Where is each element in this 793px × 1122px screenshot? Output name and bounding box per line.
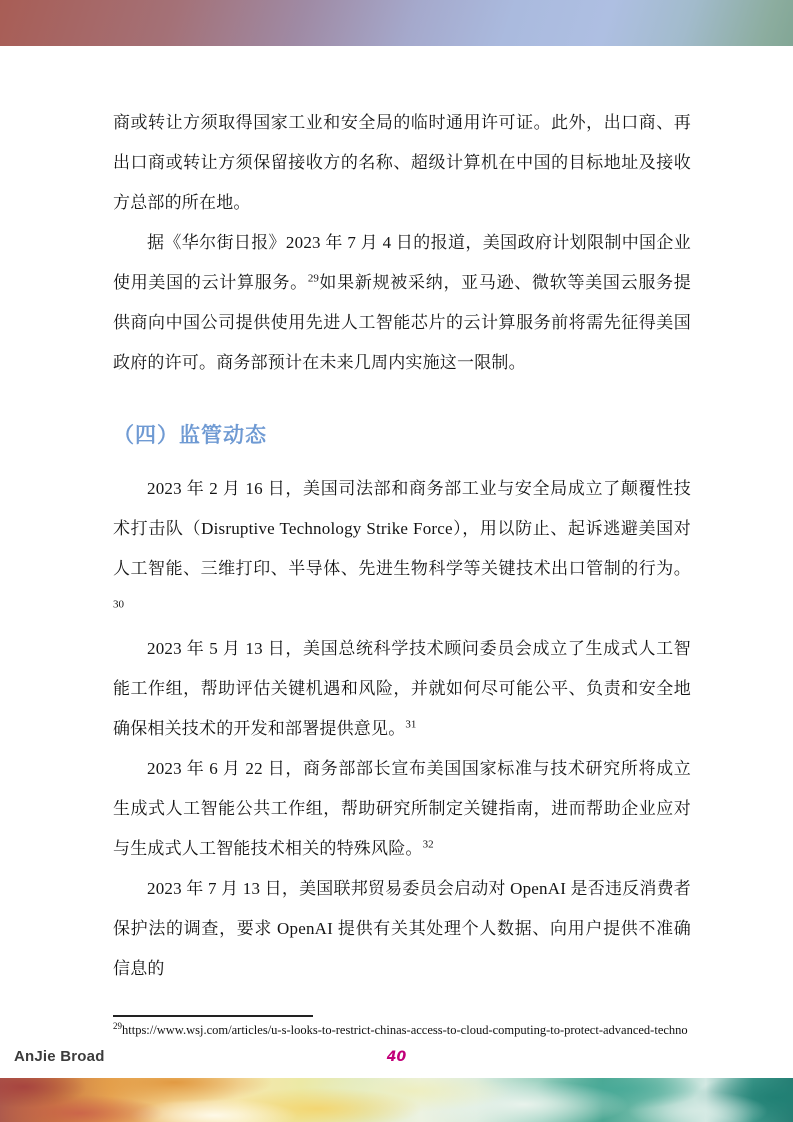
footnote-marker: 29	[113, 1021, 122, 1031]
footnote-separator	[113, 1015, 313, 1017]
paragraph-pcast-working-group: 2023 年 5 月 13 日，美国总统科学技术顾问委员会成立了生成式人工智能工…	[113, 629, 691, 749]
document-page: 商或转让方须取得国家工业和安全局的临时通用许可证。此外，出口商、再出口商或转让方…	[0, 0, 793, 1122]
footnote-ref-32: 32	[423, 838, 434, 850]
paragraph-text: 商或转让方须取得国家工业和安全局的临时通用许可证。此外，出口商、再出口商或转让方…	[113, 113, 691, 212]
footnote-ref-31: 31	[405, 718, 416, 730]
paragraph-text: 2023 年 5 月 13 日，美国总统科学技术顾问委员会成立了生成式人工智能工…	[113, 639, 691, 738]
paragraph-ftc-openai: 2023 年 7 月 13 日，美国联邦贸易委员会启动对 OpenAI 是否违反…	[113, 869, 691, 989]
paragraph-wsj-cloud-report: 据《华尔街日报》2023 年 7 月 4 日的报道，美国政府计划限制中国企业使用…	[113, 223, 691, 383]
paragraph-text: 2023 年 6 月 22 日，商务部部长宣布美国国家标准与技术研究所将成立生成…	[113, 759, 691, 858]
paragraph-strike-force: 2023 年 2 月 16 日，美国司法部和商务部工业与安全局成立了颠覆性技术打…	[113, 469, 691, 629]
page-footer: AnJie Broad 40	[0, 1040, 793, 1078]
top-gradient-bar	[0, 0, 793, 46]
paragraph-export-license: 商或转让方须取得国家工业和安全局的临时通用许可证。此外，出口商、再出口商或转让方…	[113, 103, 691, 223]
paragraph-text: 2023 年 7 月 13 日，美国联邦贸易委员会启动对 OpenAI 是否违反…	[113, 879, 691, 978]
paragraph-nist-working-group: 2023 年 6 月 22 日，商务部部长宣布美国国家标准与技术研究所将成立生成…	[113, 749, 691, 869]
page-number: 40	[0, 1049, 793, 1065]
paragraph-text: 2023 年 2 月 16 日，美国司法部和商务部工业与安全局成立了颠覆性技术打…	[113, 479, 691, 578]
page-content: 商或转让方须取得国家工业和安全局的临时通用许可证。此外，出口商、再出口商或转让方…	[113, 46, 691, 1117]
section-heading-regulatory-updates: （四）监管动态	[113, 419, 691, 451]
footnote-ref-30: 30	[113, 598, 124, 610]
watercolor-footer-artwork	[0, 1078, 793, 1122]
footnote-ref-29: 29	[308, 272, 319, 284]
